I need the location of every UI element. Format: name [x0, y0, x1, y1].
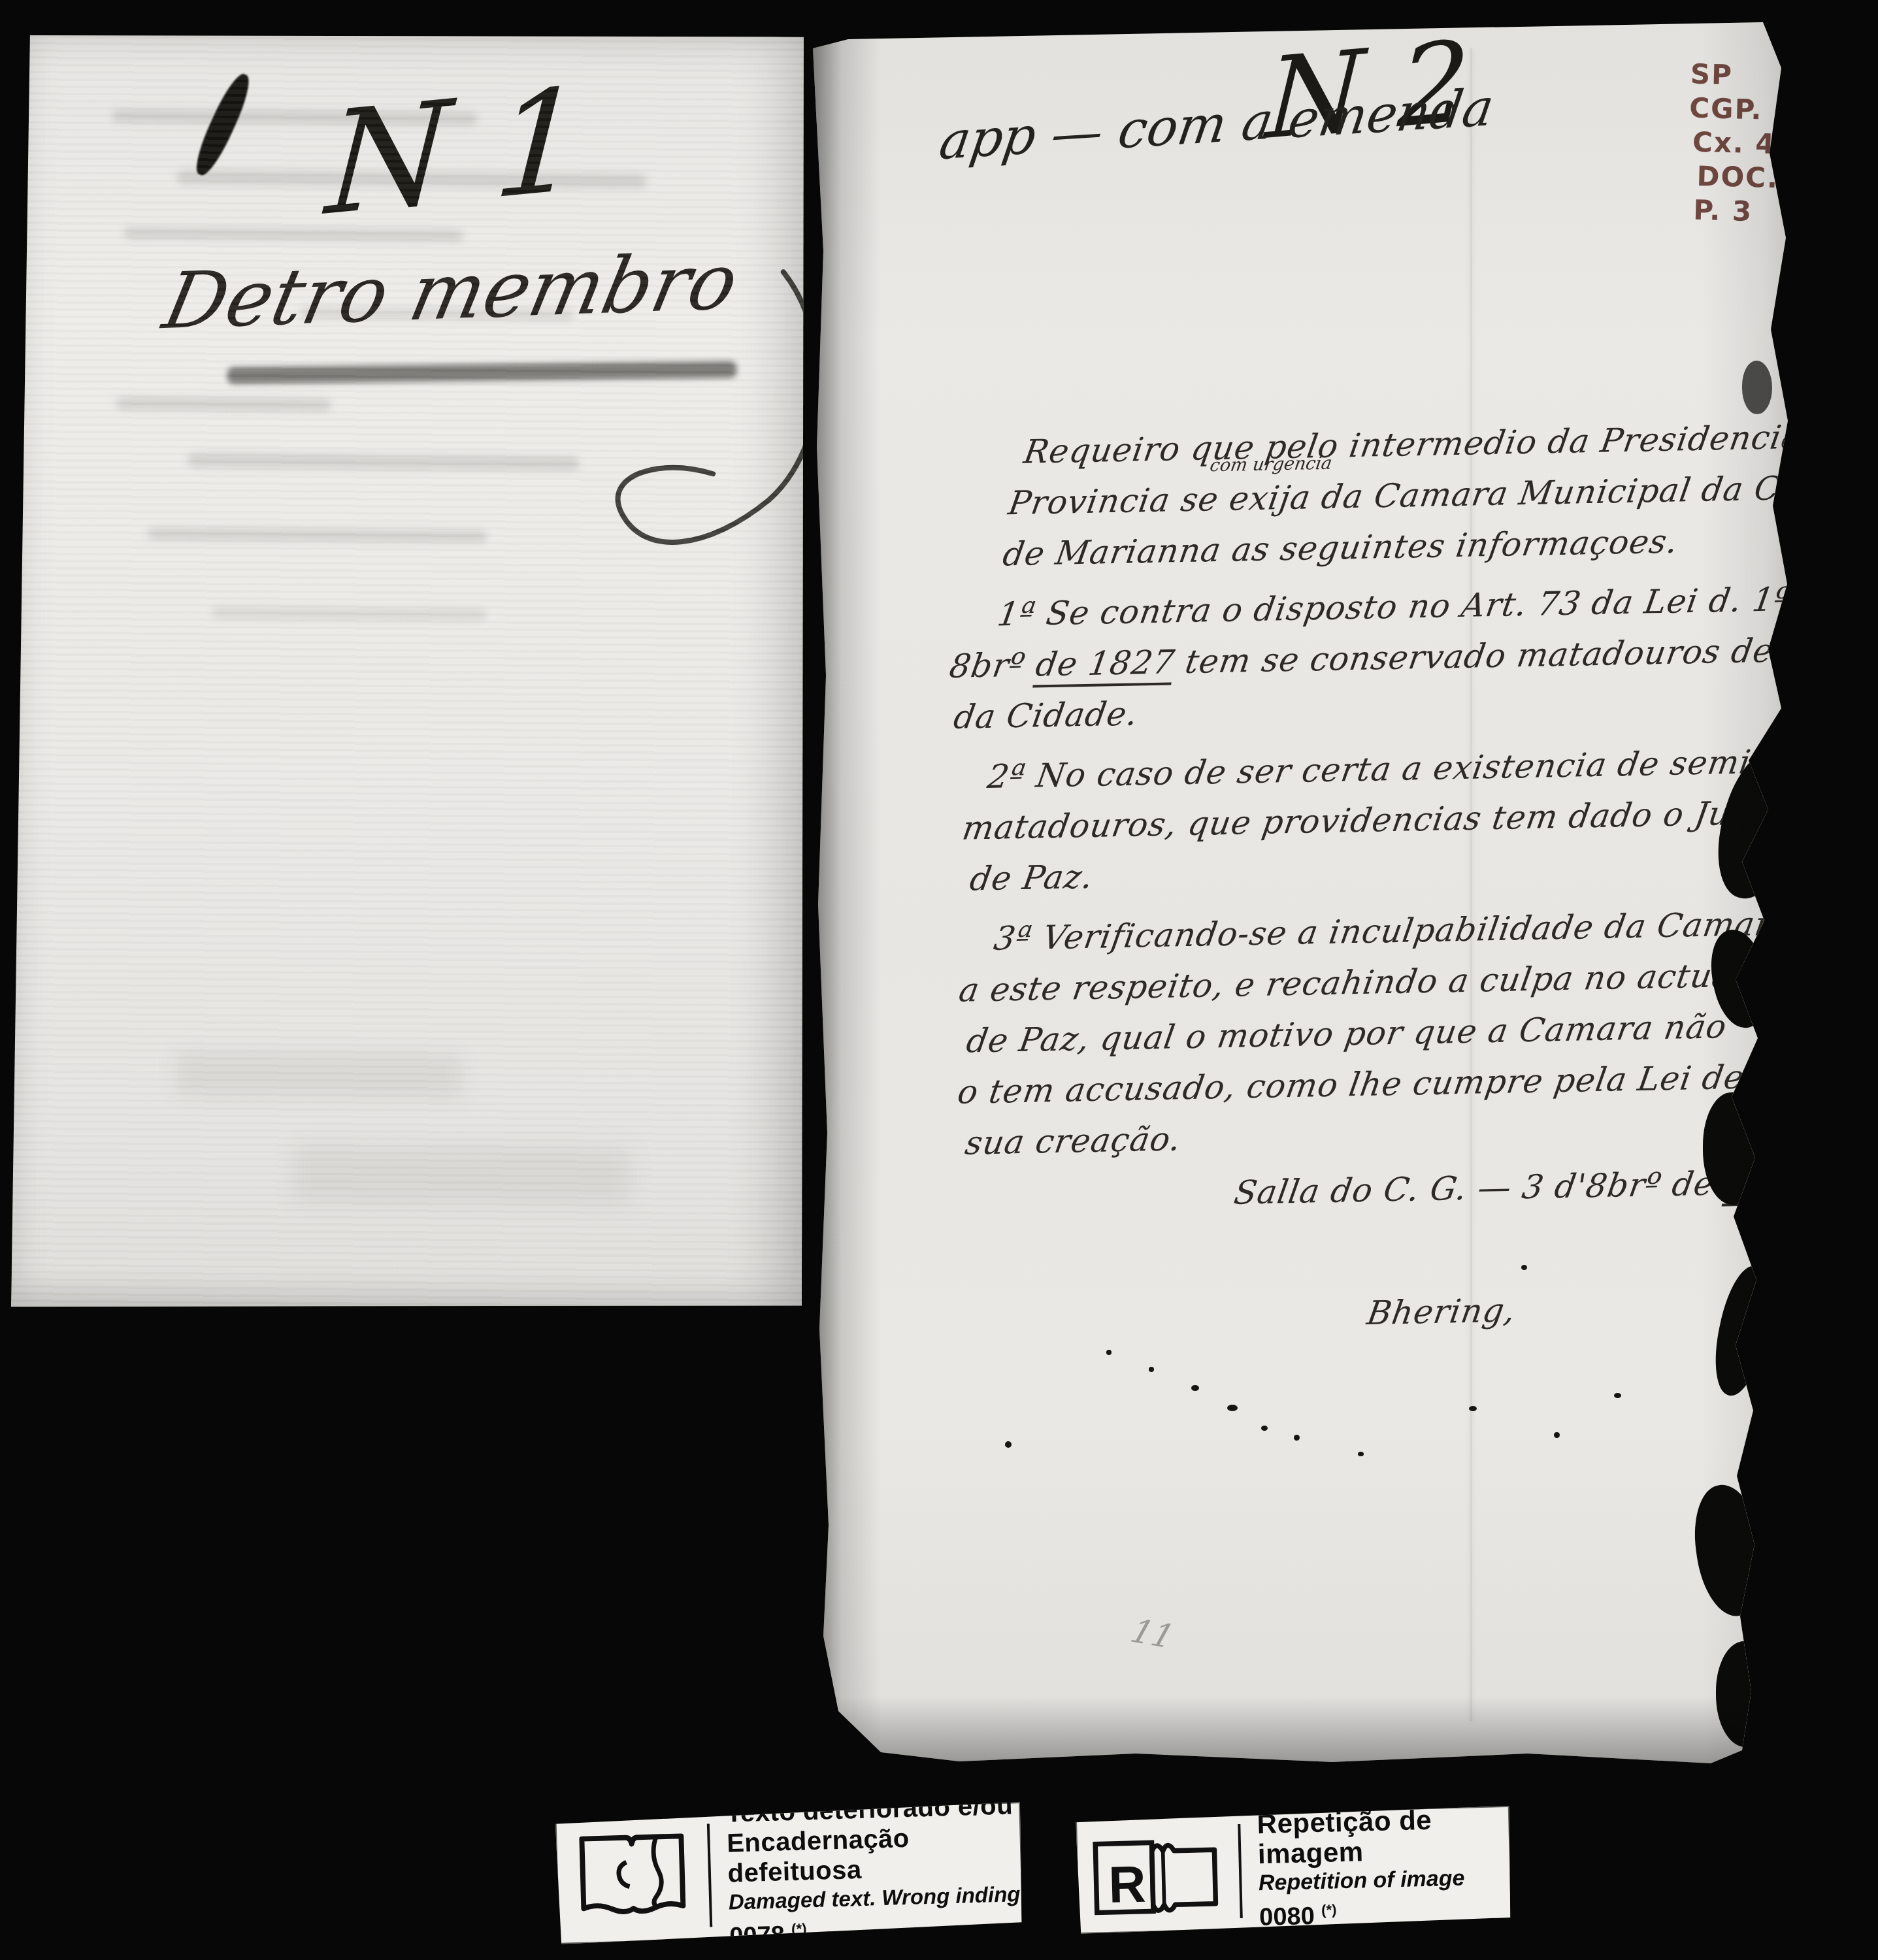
label-text: Texto deteriorado e/ou Encadernação defe…	[708, 1790, 1024, 1952]
interline-insertion: com urgencia	[1209, 455, 1334, 475]
bleedthrough-streak	[299, 307, 574, 321]
manuscript-text: Requeiro que pelo intermedio da Presiden…	[946, 411, 1839, 1346]
stamp-line: SP	[1690, 57, 1813, 95]
bleedthrough-streak	[116, 397, 331, 412]
ink-speck	[1294, 1435, 1300, 1441]
underlined-text: de 1827	[1032, 643, 1178, 687]
ink-blot	[1703, 1092, 1763, 1205]
ink-speck	[1227, 1405, 1238, 1411]
ink-blot	[1742, 361, 1772, 414]
document-number-1: N 1	[323, 57, 589, 247]
bleedthrough-streak	[124, 227, 463, 242]
stamp-line: CGP. 3	[1689, 91, 1813, 129]
ink-speck	[1005, 1441, 1012, 1448]
bleedthrough-streak	[212, 607, 486, 621]
archive-label-damaged: Texto deteriorado e/ou Encadernação defe…	[555, 1802, 1023, 1944]
ink-blot	[1704, 925, 1774, 1032]
dateline-text: Salla do C. G. — 3 d'8brº de	[1232, 1164, 1728, 1212]
ink-speck	[1261, 1426, 1268, 1431]
label-number: 0078 (*)	[729, 1908, 1024, 1952]
damaged-book-icon	[555, 1823, 710, 1931]
stamp-line: Cx. 4	[1688, 125, 1811, 163]
ink-speck	[1149, 1367, 1154, 1372]
label-title-pt: Repetição de imagem	[1257, 1803, 1511, 1869]
manuscript-line-text: 8brº	[947, 645, 1039, 685]
bleedthrough-streak	[112, 109, 478, 125]
manuscript-line-text: Provincia se exija da Camara Municipal d…	[1006, 468, 1877, 523]
label-text: Repetição de imagem Repetition of image …	[1240, 1803, 1512, 1933]
manuscript-line: 3ª Verificando-se a inculpabilidade da C…	[991, 897, 1835, 964]
bleedthrough-streak	[176, 170, 647, 188]
ink-speck	[1106, 1350, 1112, 1355]
page-bottom-shadow	[809, 1696, 1845, 1768]
stamp-line: P. 3	[1687, 193, 1810, 231]
ink-speck	[1191, 1385, 1199, 1391]
repetition-letter: R	[1108, 1855, 1146, 1914]
manuscript-line-text: tem se conservado matadouros dentº	[1172, 630, 1828, 681]
manuscript-line: 2ª No caso de ser certa a existencia de …	[984, 735, 1832, 802]
ink-blot	[1687, 1480, 1771, 1620]
label-number-value: 0078	[729, 1921, 785, 1950]
label-number-value: 0080	[1259, 1903, 1315, 1931]
ink-speck	[1358, 1452, 1364, 1456]
ink-blot	[189, 70, 256, 180]
page-inscription: Detro membro	[156, 236, 746, 347]
ink-blot	[1706, 1262, 1779, 1401]
archive-reference-stamp: SP CGP. 3 Cx. 4 DOC. 3 P. 3	[1687, 57, 1813, 231]
open-book-damaged-icon	[569, 1824, 696, 1931]
right-page: N 2 app — com a emenda SP CGP. 3 Cx. 4 D…	[809, 22, 1845, 1768]
label-asterisk: (*)	[791, 1920, 807, 1937]
ink-speck	[1554, 1432, 1560, 1438]
manuscript-line: 1ª Se contra o disposto no Art. 73 da Le…	[994, 573, 1828, 640]
scan-background: N 1 Detro membro N 2 app — com a emenda …	[0, 0, 1878, 1960]
label-title-pt: Encadernação defeituosa	[727, 1820, 1023, 1889]
dateline: Salla do C. G. — 3 d'8brº de 1831.	[1230, 1156, 1839, 1218]
paper-stain	[175, 1051, 463, 1099]
manuscript-line: Requeiro que pelo intermedio da Presiden…	[1020, 411, 1825, 478]
stamp-line: DOC. 3	[1687, 159, 1811, 197]
underlined-year: 1831.	[1721, 1162, 1824, 1206]
approval-annotation: app — com a emenda	[936, 78, 1498, 172]
ink-speck	[1521, 1265, 1527, 1270]
label-asterisk: (*)	[1321, 1901, 1337, 1918]
signature: Bhering,	[1364, 1279, 1842, 1339]
repetition-icon: R	[1076, 1822, 1240, 1924]
ink-speck	[1469, 1406, 1477, 1411]
ink-smear	[227, 361, 736, 384]
label-number: 0080 (*)	[1259, 1891, 1512, 1933]
ink-speck	[1614, 1393, 1621, 1398]
bleedthrough-streak	[147, 528, 487, 543]
archive-label-repetition: R Repetição de imagem Repetition of imag…	[1076, 1806, 1512, 1934]
signature-flourish	[565, 250, 842, 606]
paper-stain	[291, 1143, 632, 1205]
ink-blot	[1716, 1641, 1776, 1747]
bleedthrough-streak	[187, 453, 579, 470]
pencil-mark: 11	[1126, 1612, 1179, 1656]
left-page: N 1 Detro membro	[10, 30, 813, 1316]
repetition-book-icon: R	[1085, 1822, 1231, 1923]
ink-blot	[1704, 742, 1814, 907]
